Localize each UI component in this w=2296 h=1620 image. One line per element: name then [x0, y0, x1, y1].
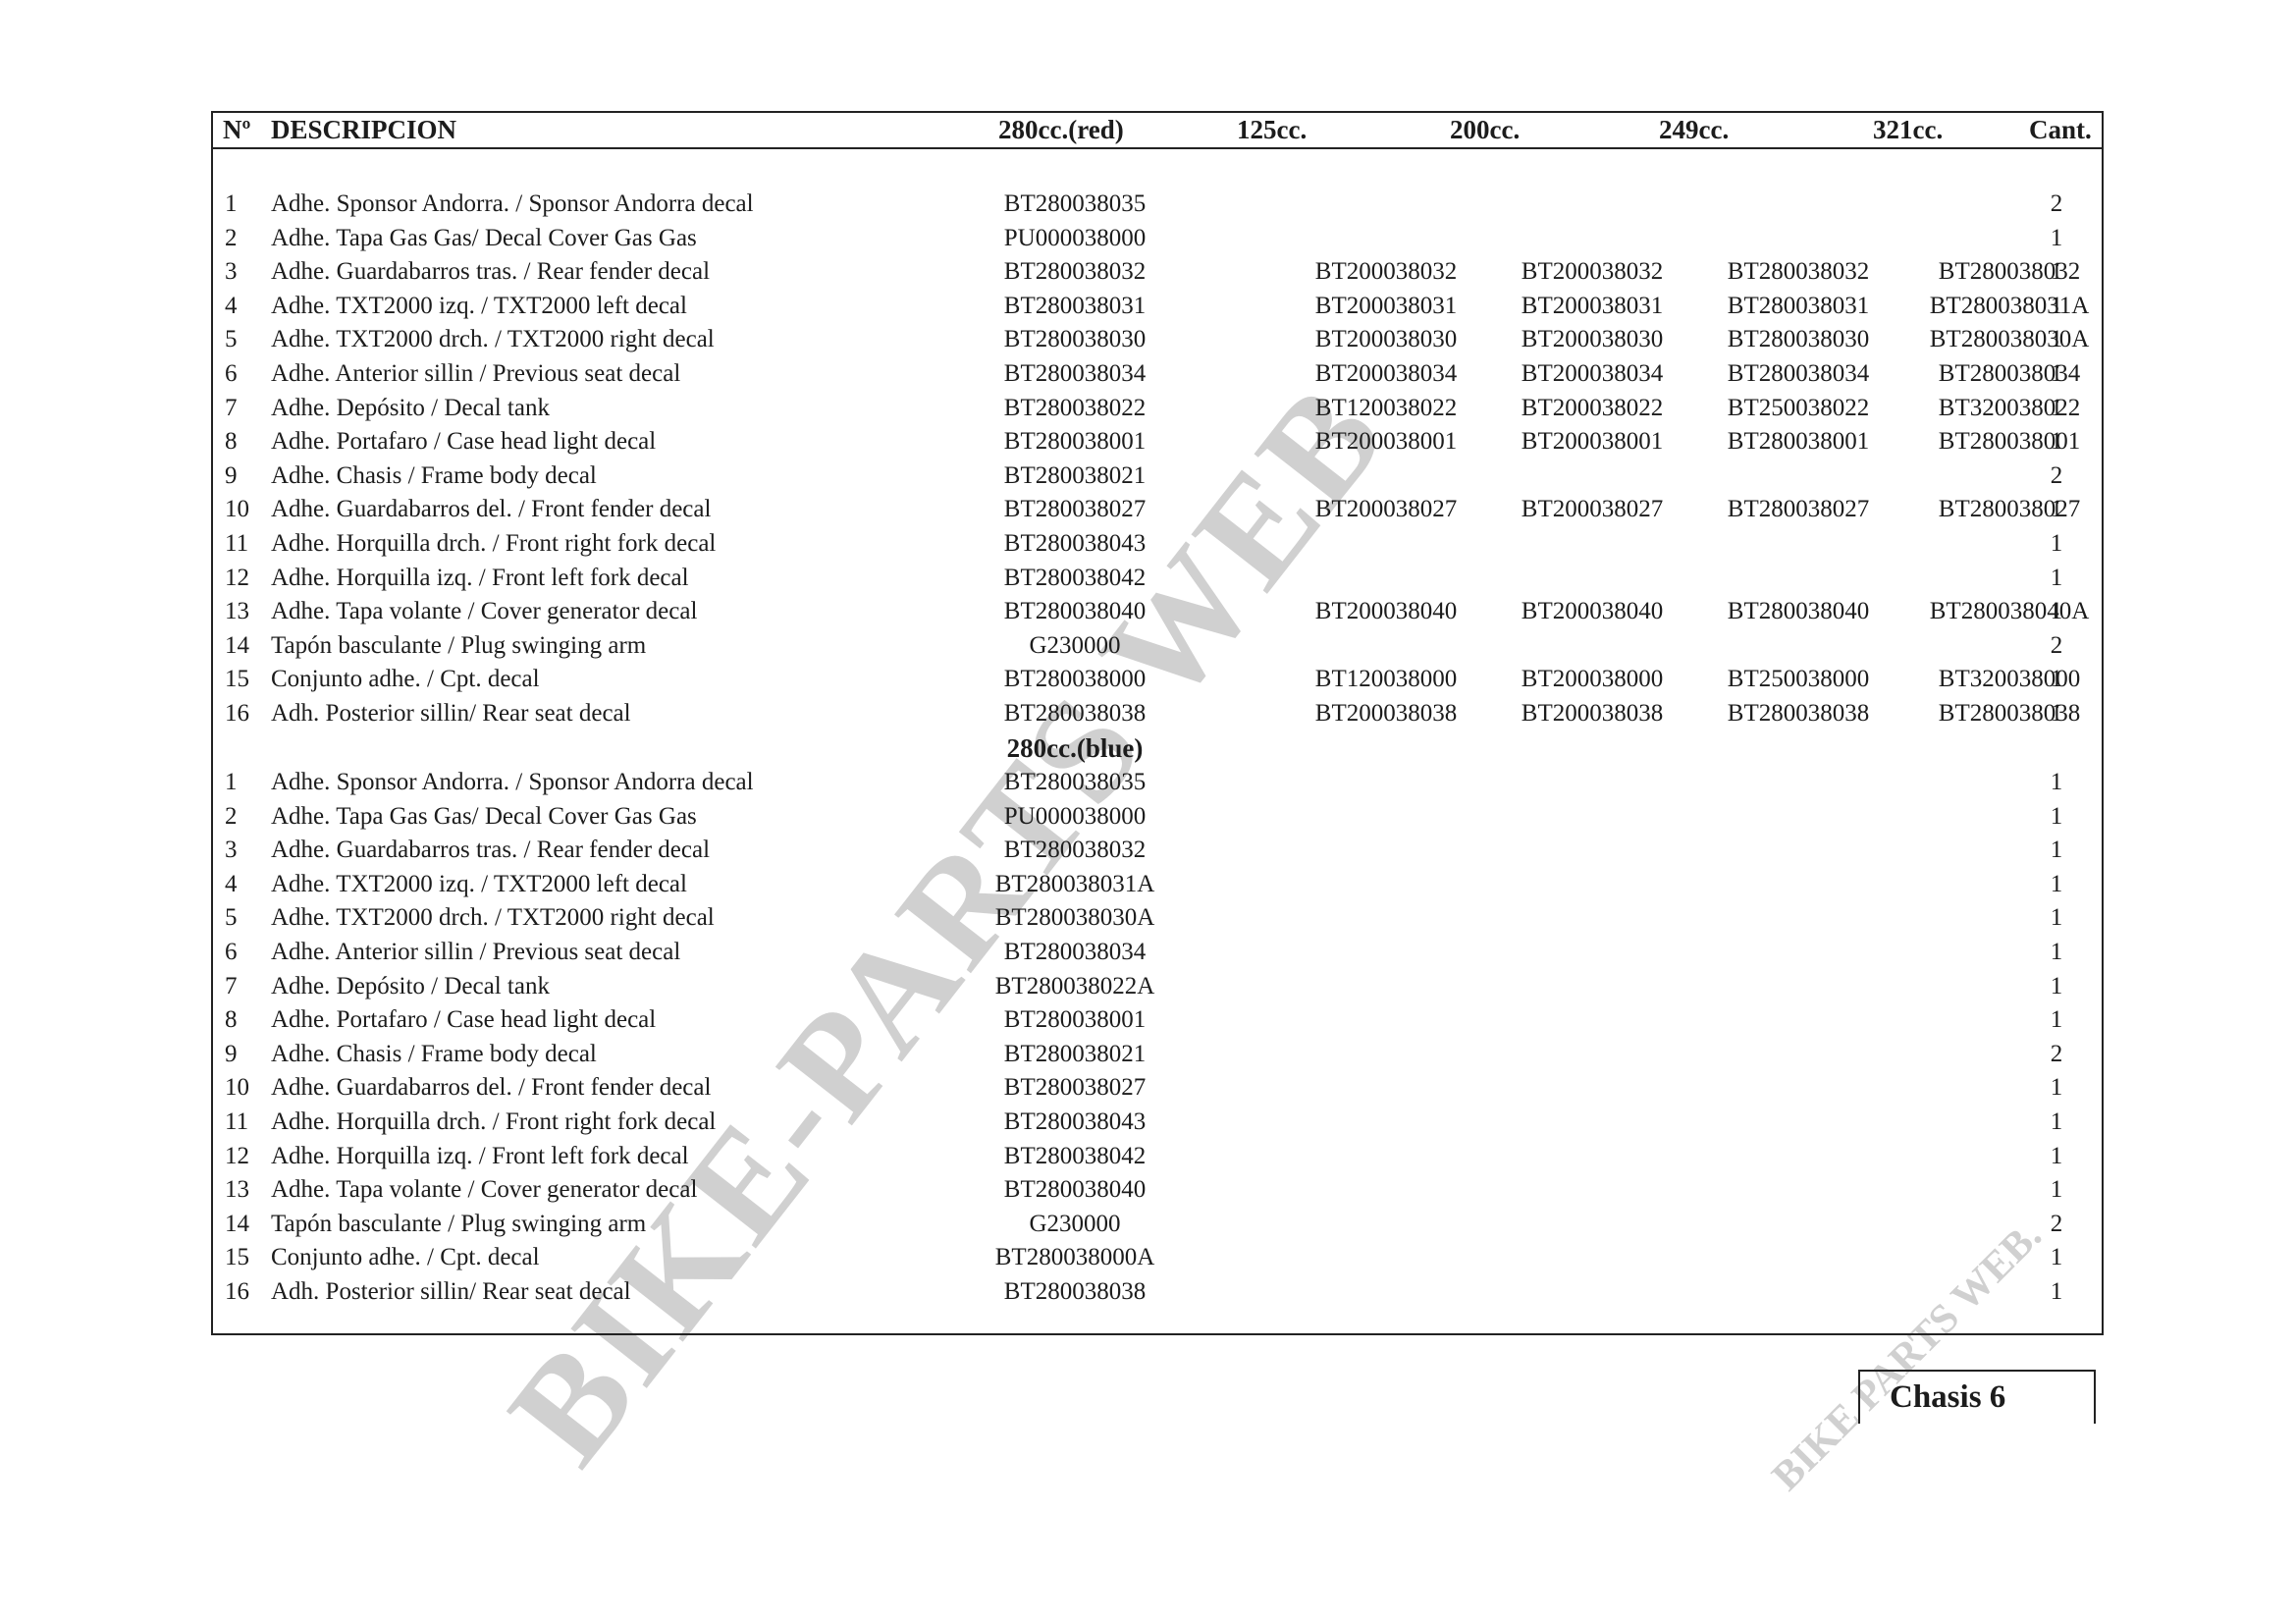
- cell-p321: BT280038040A: [1901, 595, 2117, 628]
- header-description: DESCRIPCION: [271, 115, 456, 144]
- table-row: 3Adhe. Guardabarros tras. / Rear fender …: [211, 834, 2104, 867]
- cell-desc: Adhe. Anterior sillin / Previous seat de…: [271, 357, 680, 391]
- cell-desc: Adhe. Guardabarros del. / Front fender d…: [271, 1071, 711, 1105]
- table-row: 6Adhe. Anterior sillin / Previous seat d…: [211, 936, 2104, 969]
- cell-num: 7: [225, 970, 260, 1003]
- cell-qty: 2: [2037, 459, 2076, 493]
- cell-num: 9: [225, 1038, 260, 1071]
- cell-desc: Adhe. Chasis / Frame body decal: [271, 459, 597, 493]
- cell-p280: BT280038040: [967, 1173, 1183, 1207]
- cell-num: 12: [225, 1140, 260, 1173]
- cell-qty: 1: [2037, 868, 2076, 901]
- cell-p280: PU000038000: [967, 800, 1183, 834]
- cell-qty: 1: [2037, 970, 2076, 1003]
- cell-p321: BT280038031A: [1901, 290, 2117, 323]
- table-row: 11Adhe. Horquilla drch. / Front right fo…: [211, 527, 2104, 561]
- cell-p280: BT280038034: [967, 936, 1183, 969]
- cell-p280: BT280038021: [967, 459, 1183, 493]
- cell-num: 3: [225, 255, 260, 289]
- cell-p280: BT280038030: [967, 323, 1183, 356]
- cell-desc: Adhe. TXT2000 drch. / TXT2000 right deca…: [271, 323, 715, 356]
- cell-num: 5: [225, 323, 260, 356]
- cell-p249: BT250038000: [1690, 663, 1906, 696]
- cell-p200: BT200038038: [1484, 697, 1700, 730]
- header-280cc-red: 280cc.(red): [998, 115, 1124, 144]
- cell-qty: 1: [2037, 392, 2076, 425]
- cell-qty: 2: [2037, 1038, 2076, 1071]
- cell-qty: 1: [2037, 1106, 2076, 1139]
- cell-p280: BT280038027: [967, 1071, 1183, 1105]
- cell-p125: BT200038031: [1278, 290, 1494, 323]
- cell-p280: BT280038022: [967, 392, 1183, 425]
- cell-num: 1: [225, 766, 260, 799]
- cell-p125: BT200038027: [1278, 493, 1494, 526]
- cell-qty: 1: [2037, 323, 2076, 356]
- cell-p249: BT280038031: [1690, 290, 1906, 323]
- cell-desc: Adhe. Anterior sillin / Previous seat de…: [271, 936, 680, 969]
- cell-desc: Conjunto adhe. / Cpt. decal: [271, 1241, 540, 1274]
- cell-p280: BT280038001: [967, 1003, 1183, 1037]
- cell-p280: BT280038040: [967, 595, 1183, 628]
- table-row: 4Adhe. TXT2000 izq. / TXT2000 left decal…: [211, 290, 2104, 323]
- cell-desc: Adhe. TXT2000 izq. / TXT2000 left decal: [271, 290, 687, 323]
- cell-p280: BT280038038: [967, 1275, 1183, 1309]
- table-row: 12Adhe. Horquilla izq. / Front left fork…: [211, 1140, 2104, 1173]
- cell-p200: BT200038040: [1484, 595, 1700, 628]
- cell-qty: 1: [2037, 697, 2076, 730]
- cell-p125: BT200038040: [1278, 595, 1494, 628]
- cell-desc: Adhe. Tapa Gas Gas/ Decal Cover Gas Gas: [271, 222, 697, 255]
- cell-num: 15: [225, 1241, 260, 1274]
- cell-qty: 1: [2037, 1003, 2076, 1037]
- cell-num: 9: [225, 459, 260, 493]
- cell-num: 11: [225, 527, 260, 561]
- table-row: 10Adhe. Guardabarros del. / Front fender…: [211, 1071, 2104, 1105]
- table-row: 11Adhe. Horquilla drch. / Front right fo…: [211, 1106, 2104, 1139]
- table-row: 4Adhe. TXT2000 izq. / TXT2000 left decal…: [211, 868, 2104, 901]
- cell-p280: BT280038030A: [967, 901, 1183, 935]
- cell-desc: Adhe. Portafaro / Case head light decal: [271, 1003, 656, 1037]
- header-321cc: 321cc.: [1873, 115, 1943, 144]
- cell-p249: BT280038001: [1690, 425, 1906, 459]
- cell-desc: Adhe. Horquilla drch. / Front right fork…: [271, 527, 716, 561]
- cell-num: 12: [225, 562, 260, 595]
- cell-num: 6: [225, 936, 260, 969]
- cell-p280: BT280038027: [967, 493, 1183, 526]
- table-row: 2Adhe. Tapa Gas Gas/ Decal Cover Gas Gas…: [211, 800, 2104, 834]
- cell-qty: 1: [2037, 800, 2076, 834]
- cell-qty: 1: [2037, 357, 2076, 391]
- cell-p125: BT120038022: [1278, 392, 1494, 425]
- cell-qty: 1: [2037, 493, 2076, 526]
- cell-desc: Tapón basculante / Plug swinging arm: [271, 1208, 646, 1241]
- header-num: Nº: [223, 115, 250, 144]
- cell-desc: Adhe. Guardabarros tras. / Rear fender d…: [271, 834, 710, 867]
- cell-p125: BT200038038: [1278, 697, 1494, 730]
- cell-p280: BT280038038: [967, 697, 1183, 730]
- cell-qty: 1: [2037, 1140, 2076, 1173]
- table-row: 5Adhe. TXT2000 drch. / TXT2000 right dec…: [211, 323, 2104, 356]
- cell-num: 11: [225, 1106, 260, 1139]
- cell-p125: BT200038030: [1278, 323, 1494, 356]
- cell-qty: 1: [2037, 255, 2076, 289]
- table-row: 2Adhe. Tapa Gas Gas/ Decal Cover Gas Gas…: [211, 222, 2104, 255]
- cell-desc: Adhe. Horquilla izq. / Front left fork d…: [271, 562, 689, 595]
- cell-qty: 1: [2037, 222, 2076, 255]
- cell-p321: BT280038038: [1901, 697, 2117, 730]
- cell-desc: Adhe. Tapa volante / Cover generator dec…: [271, 1173, 697, 1207]
- cell-p280: BT280038000: [967, 663, 1183, 696]
- cell-qty: 1: [2037, 562, 2076, 595]
- header-249cc: 249cc.: [1659, 115, 1729, 144]
- table-row: 16Adh. Posterior sillin/ Rear seat decal…: [211, 697, 2104, 730]
- cell-desc: Tapón basculante / Plug swinging arm: [271, 629, 646, 663]
- cell-num: 14: [225, 629, 260, 663]
- cell-p249: BT250038022: [1690, 392, 1906, 425]
- table-row: 16Adh. Posterior sillin/ Rear seat decal…: [211, 1275, 2104, 1309]
- header-200cc: 200cc.: [1450, 115, 1520, 144]
- cell-qty: 1: [2037, 663, 2076, 696]
- cell-qty: 1: [2037, 834, 2076, 867]
- cell-desc: Adhe. Guardabarros del. / Front fender d…: [271, 493, 711, 526]
- table-row: 8Adhe. Portafaro / Case head light decal…: [211, 1003, 2104, 1037]
- cell-num: 10: [225, 1071, 260, 1105]
- cell-num: 2: [225, 222, 260, 255]
- cell-p280: BT280038001: [967, 425, 1183, 459]
- section-label-280cc-blue: 280cc.(blue): [967, 731, 1183, 765]
- cell-num: 15: [225, 663, 260, 696]
- cell-desc: Adh. Posterior sillin/ Rear seat decal: [271, 1275, 631, 1309]
- cell-qty: 1: [2037, 1241, 2076, 1274]
- cell-qty: 1: [2037, 425, 2076, 459]
- cell-p321: BT320038022: [1901, 392, 2117, 425]
- cell-p280: BT280038031A: [967, 868, 1183, 901]
- cell-p200: BT200038000: [1484, 663, 1700, 696]
- cell-qty: 1: [2037, 595, 2076, 628]
- cell-num: 1: [225, 188, 260, 221]
- cell-p280: BT280038021: [967, 1038, 1183, 1071]
- cell-p249: BT280038027: [1690, 493, 1906, 526]
- cell-p280: BT280038043: [967, 527, 1183, 561]
- cell-desc: Adhe. Chasis / Frame body decal: [271, 1038, 597, 1071]
- table-row: 15Conjunto adhe. / Cpt. decalBT280038000…: [211, 1241, 2104, 1274]
- table-row: 9Adhe. Chasis / Frame body decalBT280038…: [211, 459, 2104, 493]
- cell-p280: BT280038022A: [967, 970, 1183, 1003]
- cell-p280: PU000038000: [967, 222, 1183, 255]
- cell-desc: Adhe. Sponsor Andorra. / Sponsor Andorra…: [271, 188, 754, 221]
- cell-p321: BT280038001: [1901, 425, 2117, 459]
- cell-p280: BT280038035: [967, 188, 1183, 221]
- cell-qty: 1: [2037, 766, 2076, 799]
- cell-desc: Adh. Posterior sillin/ Rear seat decal: [271, 697, 631, 730]
- cell-desc: Adhe. Depósito / Decal tank: [271, 392, 550, 425]
- cell-p280: BT280038042: [967, 1140, 1183, 1173]
- cell-qty: 2: [2037, 629, 2076, 663]
- cell-p125: BT120038000: [1278, 663, 1494, 696]
- cell-num: 16: [225, 697, 260, 730]
- cell-num: 8: [225, 1003, 260, 1037]
- table-row: 7Adhe. Depósito / Decal tankBT280038022B…: [211, 392, 2104, 425]
- cell-desc: Adhe. Tapa volante / Cover generator dec…: [271, 595, 697, 628]
- cell-p200: BT200038034: [1484, 357, 1700, 391]
- page-label: Chasis 6: [1890, 1377, 2005, 1417]
- cell-num: 6: [225, 357, 260, 391]
- cell-p321: BT320038000: [1901, 663, 2117, 696]
- cell-p321: BT280038034: [1901, 357, 2117, 391]
- cell-desc: Adhe. TXT2000 drch. / TXT2000 right deca…: [271, 901, 715, 935]
- cell-p280: BT280038034: [967, 357, 1183, 391]
- cell-p280: BT280038031: [967, 290, 1183, 323]
- table-header: Nº DESCRIPCION 280cc.(red) 125cc. 200cc.…: [211, 111, 2104, 149]
- table-row: 10Adhe. Guardabarros del. / Front fender…: [211, 493, 2104, 526]
- cell-p280: BT280038043: [967, 1106, 1183, 1139]
- table-row: 6Adhe. Anterior sillin / Previous seat d…: [211, 357, 2104, 391]
- cell-p200: BT200038001: [1484, 425, 1700, 459]
- cell-p125: BT200038001: [1278, 425, 1494, 459]
- cell-qty: 1: [2037, 1173, 2076, 1207]
- cell-p249: BT280038040: [1690, 595, 1906, 628]
- cell-desc: Adhe. Horquilla izq. / Front left fork d…: [271, 1140, 689, 1173]
- table-row: 9Adhe. Chasis / Frame body decalBT280038…: [211, 1038, 2104, 1071]
- table-row: 1Adhe. Sponsor Andorra. / Sponsor Andorr…: [211, 188, 2104, 221]
- cell-p321: BT280038027: [1901, 493, 2117, 526]
- table-row: 14Tapón basculante / Plug swinging armG2…: [211, 629, 2104, 663]
- cell-desc: Adhe. Portafaro / Case head light decal: [271, 425, 656, 459]
- cell-num: 16: [225, 1275, 260, 1309]
- cell-p321: BT280038032: [1901, 255, 2117, 289]
- cell-p200: BT200038027: [1484, 493, 1700, 526]
- cell-qty: 2: [2037, 1208, 2076, 1241]
- cell-num: 10: [225, 493, 260, 526]
- cell-qty: 2: [2037, 188, 2076, 221]
- cell-p125: BT200038034: [1278, 357, 1494, 391]
- cell-p249: BT280038032: [1690, 255, 1906, 289]
- cell-p280: BT280038035: [967, 766, 1183, 799]
- cell-qty: 1: [2037, 527, 2076, 561]
- cell-desc: Adhe. TXT2000 izq. / TXT2000 left decal: [271, 868, 687, 901]
- header-125cc: 125cc.: [1237, 115, 1307, 144]
- table-row: 13Adhe. Tapa volante / Cover generator d…: [211, 1173, 2104, 1207]
- cell-desc: Adhe. Tapa Gas Gas/ Decal Cover Gas Gas: [271, 800, 697, 834]
- cell-p280: G230000: [967, 629, 1183, 663]
- cell-num: 14: [225, 1208, 260, 1241]
- cell-p280: BT280038032: [967, 255, 1183, 289]
- cell-p280: BT280038000A: [967, 1241, 1183, 1274]
- table-row: 12Adhe. Horquilla izq. / Front left fork…: [211, 562, 2104, 595]
- table-row: 13Adhe. Tapa volante / Cover generator d…: [211, 595, 2104, 628]
- table-row: 5Adhe. TXT2000 drch. / TXT2000 right dec…: [211, 901, 2104, 935]
- page-label-box: Chasis 6: [1858, 1370, 2096, 1424]
- header-qty: Cant.: [2029, 115, 2092, 144]
- cell-p280: BT280038042: [967, 562, 1183, 595]
- cell-p200: BT200038030: [1484, 323, 1700, 356]
- cell-p200: BT200038032: [1484, 255, 1700, 289]
- table-row: 8Adhe. Portafaro / Case head light decal…: [211, 425, 2104, 459]
- cell-p249: BT280038030: [1690, 323, 1906, 356]
- cell-num: 4: [225, 868, 260, 901]
- cell-qty: 1: [2037, 936, 2076, 969]
- cell-qty: 1: [2037, 1275, 2076, 1309]
- cell-qty: 1: [2037, 1071, 2076, 1105]
- cell-p125: BT200038032: [1278, 255, 1494, 289]
- table-row: 7Adhe. Depósito / Decal tankBT280038022A…: [211, 970, 2104, 1003]
- table-row: 3Adhe. Guardabarros tras. / Rear fender …: [211, 255, 2104, 289]
- cell-num: 13: [225, 1173, 260, 1207]
- cell-num: 4: [225, 290, 260, 323]
- cell-qty: 1: [2037, 290, 2076, 323]
- cell-p280: G230000: [967, 1208, 1183, 1241]
- cell-desc: Conjunto adhe. / Cpt. decal: [271, 663, 540, 696]
- table-row: 15Conjunto adhe. / Cpt. decalBT280038000…: [211, 663, 2104, 696]
- cell-desc: Adhe. Depósito / Decal tank: [271, 970, 550, 1003]
- table-row: 14Tapón basculante / Plug swinging armG2…: [211, 1208, 2104, 1241]
- cell-num: 13: [225, 595, 260, 628]
- cell-num: 3: [225, 834, 260, 867]
- table-row: 1Adhe. Sponsor Andorra. / Sponsor Andorr…: [211, 766, 2104, 799]
- cell-num: 7: [225, 392, 260, 425]
- cell-p280: BT280038032: [967, 834, 1183, 867]
- cell-desc: Adhe. Guardabarros tras. / Rear fender d…: [271, 255, 710, 289]
- cell-p249: BT280038034: [1690, 357, 1906, 391]
- cell-desc: Adhe. Horquilla drch. / Front right fork…: [271, 1106, 716, 1139]
- cell-p200: BT200038031: [1484, 290, 1700, 323]
- cell-num: 2: [225, 800, 260, 834]
- cell-desc: Adhe. Sponsor Andorra. / Sponsor Andorra…: [271, 766, 754, 799]
- cell-qty: 1: [2037, 901, 2076, 935]
- cell-p321: BT280038030A: [1901, 323, 2117, 356]
- cell-p249: BT280038038: [1690, 697, 1906, 730]
- cell-num: 5: [225, 901, 260, 935]
- cell-p200: BT200038022: [1484, 392, 1700, 425]
- cell-num: 8: [225, 425, 260, 459]
